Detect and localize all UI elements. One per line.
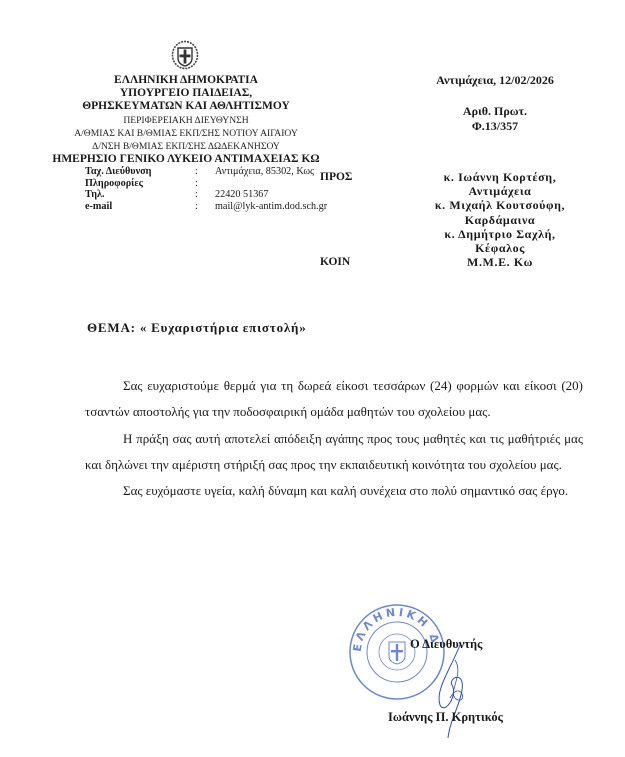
place-date: Αντιμάχεια, 12/02/2026 [400,73,590,88]
recipients-list: κ. Ιωάννη Κορτέση, Αντιμάχεια κ. Μιχαήλ … [390,170,610,269]
protocol-number: Φ.13/357 [400,119,590,134]
contact-label: e-mail [85,201,195,213]
contact-row-info: Πληροφορίες : [85,178,327,190]
letterhead-education-levels: Α/ΘΜΙΑΣ ΚΑΙ Β/ΘΜΙΑΣ ΕΚΠ/ΣΗΣ ΝΟΤΙΟΥ ΑΙΓΑΙ… [40,127,332,140]
recipient-line: Κέφαλος [390,241,610,255]
contact-row-address: Ταχ. Διεύθυνση : Αντιμάχεια, 85302, Κως [85,166,327,178]
recipient-line: κ. Ιωάννη Κορτέση, [390,170,610,184]
letterhead-ministry-2: ΘΡΗΣΚΕΥΜΑΤΩΝ ΚΑΙ ΑΘΛΗΤΙΣΜΟΥ [40,100,332,113]
letter-meta: Αντιμάχεια, 12/02/2026 Αριθ. Πρωτ. Φ.13/… [400,73,590,134]
contact-row-email: e-mail : mail@lyk-antim.dod.sch.gr [85,201,327,213]
letterhead-ministry-1: ΥΠΟΥΡΓΕΙΟ ΠΑΙΔΕΙΑΣ, [40,87,332,100]
coat-of-arms-icon [171,40,199,70]
letterhead-school: ΗΜΕΡΗΣΙΟ ΓΕΝΙΚΟ ΛΥΚΕΙΟ ΑΝΤΙΜΑΧΕΙΑΣ ΚΩ [40,153,332,166]
contact-email: mail@lyk-antim.dod.sch.gr [215,201,327,213]
recipient-line: Καρδάμαινα [390,213,610,227]
handwritten-signature-icon [430,640,480,740]
contact-separator: : [195,189,215,201]
signatory-name: Ιωάννης Π. Κρητικός [388,710,503,725]
contact-label: Πληροφορίες [85,178,195,190]
protocol-label: Αριθ. Πρωτ. [400,104,590,119]
recipient-line: κ. Μιχαήλ Κουτσούφη, [390,198,610,212]
letterhead-directorate: Δ/ΝΣΗ Β/ΘΜΙΑΣ ΕΚΠ/ΣΗΣ ΔΩΔΕΚΑΝΗΣΟΥ [40,140,332,153]
letter-body: Σας ευχαριστούμε θερμά για τη δωρεά είκο… [85,373,583,504]
contact-separator: : [195,201,215,213]
recipient-line: κ. Δημήτριο Σαχλή, [390,227,610,241]
to-label: ΠΡΟΣ [320,171,352,183]
contact-value: Αντιμάχεια, 85302, Κως [215,166,314,178]
contact-separator: : [195,166,215,178]
contact-label: Ταχ. Διεύθυνση [85,166,195,178]
letterhead-republic: ΕΛΛΗΝΙΚΗ ΔΗΜΟΚΡΑΤΙΑ [40,74,332,87]
cc-label: ΚΟΙΝ [320,256,350,268]
contact-value: 22420 51367 [215,189,268,201]
contact-separator: : [195,178,215,190]
contact-label: Τηλ. [85,189,195,201]
subject-line: ΘΕΜΑ: « Ευχαριστήρια επιστολή» [87,320,307,336]
contact-info: Ταχ. Διεύθυνση : Αντιμάχεια, 85302, Κως … [85,166,327,212]
cc-recipient: Μ.Μ.Ε. Κω [390,255,610,269]
contact-row-phone: Τηλ. : 22420 51367 [85,189,327,201]
body-paragraph: Σας ευχαριστούμε θερμά για τη δωρεά είκο… [85,373,583,426]
recipient-line: Αντιμάχεια [390,184,610,198]
body-paragraph: Η πράξη σας αυτή αποτελεί απόδειξη αγάπη… [85,426,583,479]
letterhead-regional-directorate: ΠΕΡΙΦΕΡΕΙΑΚΗ ΔΙΕΥΘΥΝΣΗ [40,114,332,127]
letterhead: ΕΛΛΗΝΙΚΗ ΔΗΜΟΚΡΑΤΙΑ ΥΠΟΥΡΓΕΙΟ ΠΑΙΔΕΙΑΣ, … [40,74,332,166]
body-paragraph: Σας ευχόμαστε υγεία, καλή δύναμη και καλ… [85,478,583,504]
